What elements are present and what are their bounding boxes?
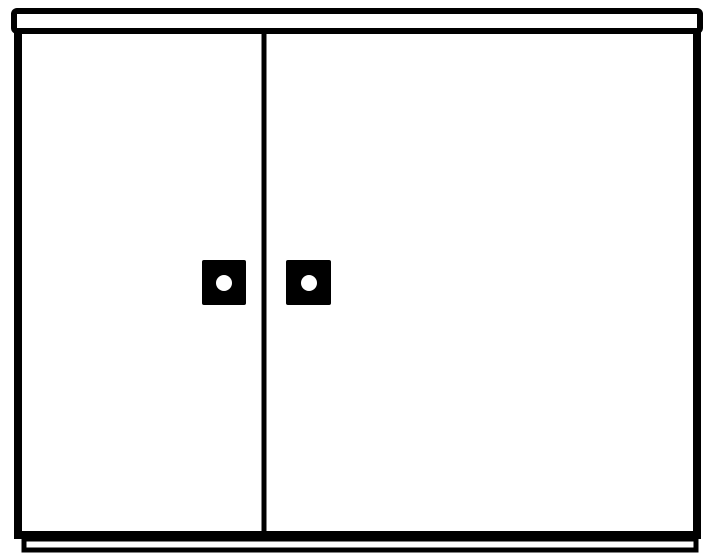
cabinet-body [18, 31, 697, 535]
cabinet-drawing [0, 0, 709, 560]
base-plinth [24, 539, 696, 550]
right-door-handle [286, 260, 331, 305]
left-door-handle [202, 260, 246, 305]
top-rail [14, 11, 700, 31]
